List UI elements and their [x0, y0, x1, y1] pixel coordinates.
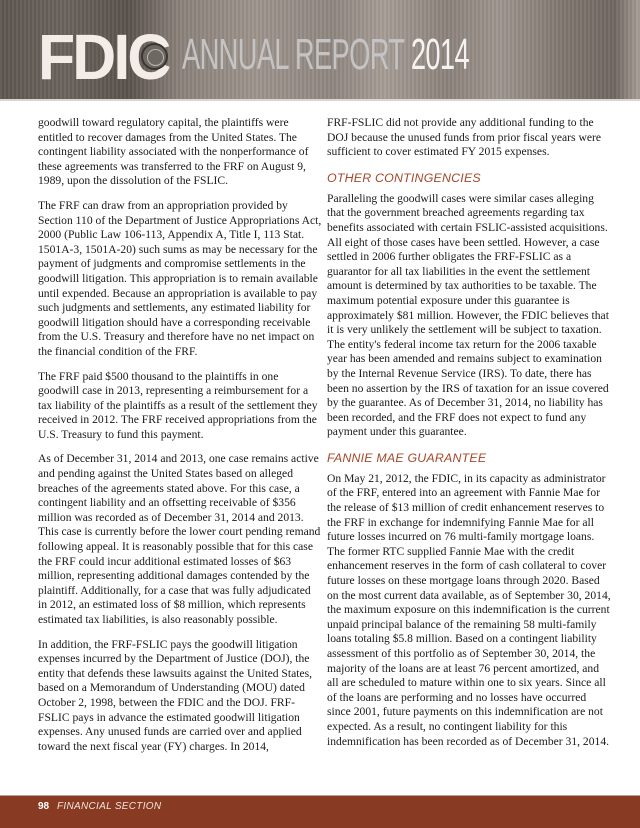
report-title-main: ANNUAL REPORT	[182, 30, 411, 79]
report-title-year: 2014	[411, 30, 469, 79]
paragraph: In addition, the FRF-FSLIC pays the good…	[38, 638, 322, 755]
paragraph: On May 21, 2012, the FDIC, in its capaci…	[327, 472, 611, 749]
section-heading-fannie-mae-guarantee: FANNIE MAE GUARANTEE	[327, 450, 611, 466]
paragraph: The FRF paid $500 thousand to the plaint…	[38, 370, 322, 443]
left-column: goodwill toward regulatory capital, the …	[38, 116, 322, 764]
paragraph: goodwill toward regulatory capital, the …	[38, 116, 322, 189]
page-footer: 98 FINANCIAL SECTION	[0, 795, 640, 828]
page-header-banner: FDIC ANNUAL REPORT 2014	[0, 0, 640, 100]
fdic-seal-icon	[141, 43, 168, 70]
footer-section-name: FINANCIAL SECTION	[57, 801, 161, 812]
paragraph: Paralleling the goodwill cases were simi…	[327, 192, 611, 440]
paragraph: As of December 31, 2014 and 2013, one ca…	[38, 452, 322, 627]
header-divider	[0, 99, 640, 101]
paragraph: The FRF can draw from an appropriation p…	[38, 199, 322, 360]
paragraph: FRF-FSLIC did not provide any additional…	[327, 116, 611, 160]
report-title: ANNUAL REPORT 2014	[182, 30, 469, 80]
right-column: FRF-FSLIC did not provide any additional…	[327, 116, 611, 759]
section-heading-other-contingencies: OTHER CONTINGENCIES	[327, 170, 611, 186]
page-number: 98	[38, 801, 49, 812]
